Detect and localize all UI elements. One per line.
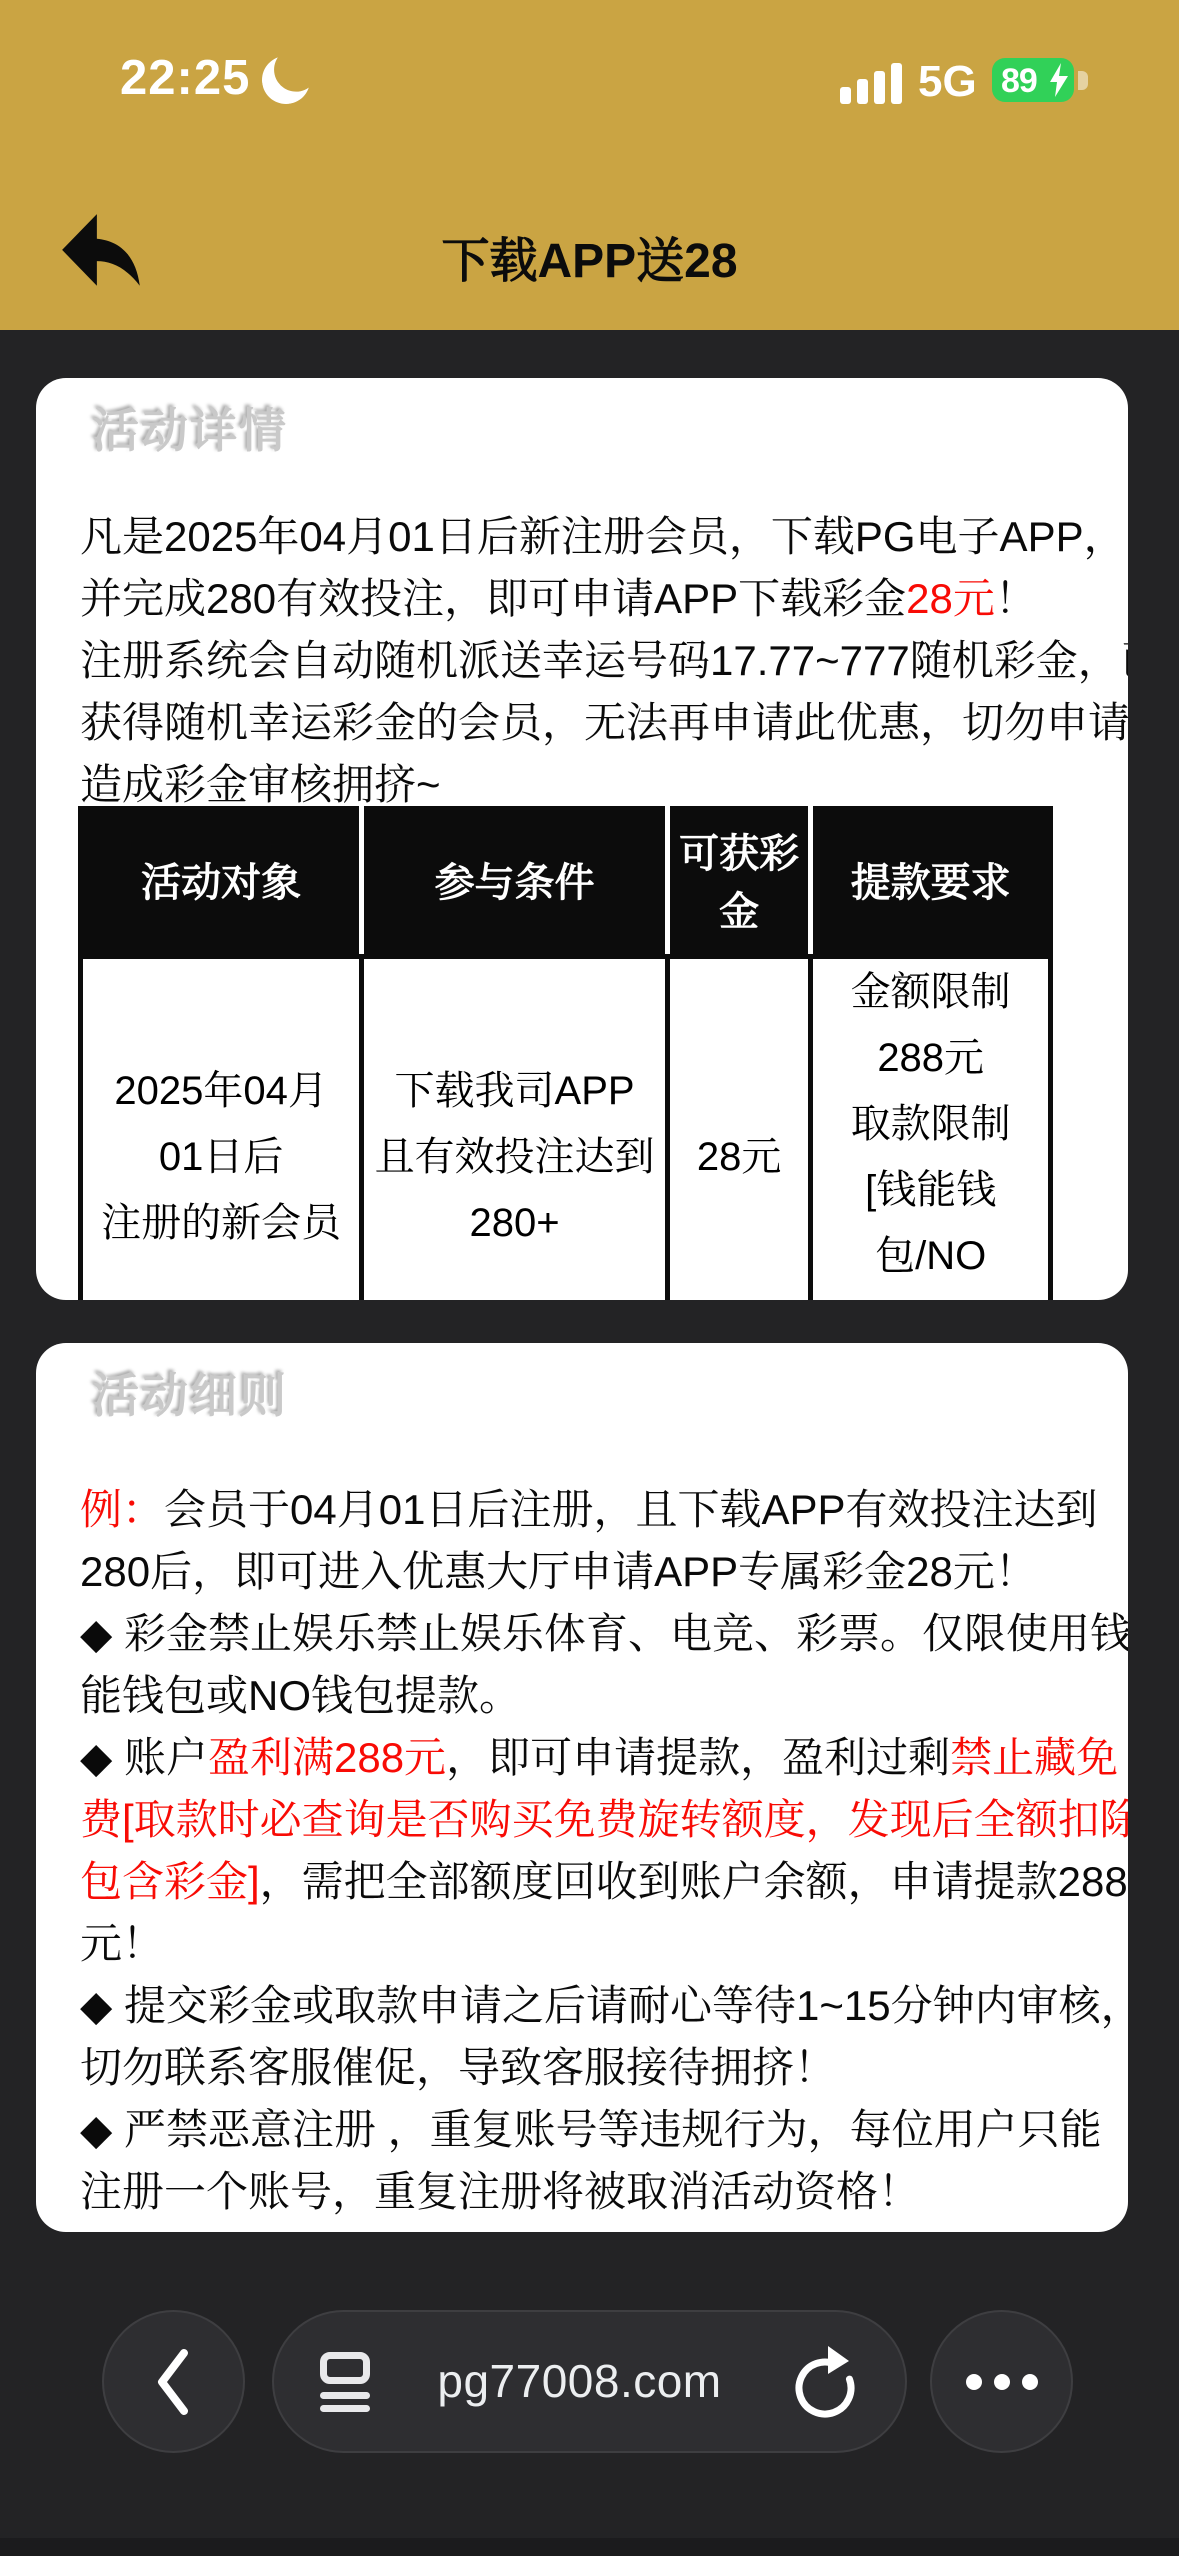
table-header-cell: 可获彩金 <box>667 809 811 957</box>
text-segment: ，即可申请提款，盈利过剩 <box>446 1734 950 1781</box>
gold-header: 22:25 5G 89 下载APP送28 <box>0 0 1179 330</box>
text-line: 凡是2025年04月01日后新注册会员，下载PG电子APP， <box>80 506 1100 568</box>
table-cell: 28元 <box>667 957 811 1301</box>
text-line: 注册一个账号，重复注册将被取消活动资格！ <box>80 2161 1100 2223</box>
text-segment: 280后，即可进入优惠大厅申请APP专属彩金28元！ <box>80 1548 1037 1595</box>
browser-more-button[interactable] <box>930 2310 1073 2453</box>
text-line: 切勿联系客服催促，导致客服接待拥挤！ <box>80 2037 1100 2099</box>
cellular-signal-icon <box>840 60 906 106</box>
table-header-row: 活动对象 参与条件 可获彩金 提款要求 <box>81 809 1051 957</box>
text-segment: ，需把全部额度回收到账户余额，申请提款288 <box>260 1858 1128 1905</box>
reload-icon[interactable] <box>785 2342 865 2422</box>
promo-details-text: 凡是2025年04月01日后新注册会员，下载PG电子APP，并完成280有效投注… <box>80 506 1100 816</box>
text-line: 包含彩金]，需把全部额度回收到账户余额，申请提款288 <box>80 1851 1100 1913</box>
text-line: ◆ 严禁恶意注册 ，重复账号等违规行为，每位用户只能 <box>80 2099 1100 2161</box>
card-title: 活动细则 <box>92 1359 288 1426</box>
ellipsis-icon <box>966 2374 1038 2390</box>
text-line: 费[取款时必查询是否购买免费旋转额度，发现后全额扣除 <box>80 1789 1100 1851</box>
text-line: ◆ 提交彩金或取款申请之后请耐心等待1~15分钟内审核， <box>80 1975 1100 2037</box>
battery-charging-icon: 89 <box>992 58 1074 102</box>
text-segment: 费[取款时必查询是否购买免费旋转额度，发现后全额扣除 <box>80 1796 1128 1843</box>
chevron-left-icon <box>144 2337 204 2427</box>
promo-table: 活动对象 参与条件 可获彩金 提款要求 2025年04月 01日后 注册的新会员… <box>78 806 1053 1300</box>
text-segment: 禁止藏免 <box>950 1734 1118 1781</box>
text-segment: 注册系统会自动随机派送幸运号码17.77~777随机彩金，已 <box>80 637 1128 684</box>
page-title: 下载APP送28 <box>0 222 1179 291</box>
text-segment: 获得随机幸运彩金的会员，无法再申请此优惠，切勿申请 <box>80 699 1128 746</box>
text-segment: 注册一个账号，重复注册将被取消活动资格！ <box>80 2168 920 2215</box>
text-segment: ！ <box>995 575 1037 622</box>
text-segment: ◆ 账户 <box>80 1734 208 1781</box>
network-type-label: 5G <box>918 57 977 107</box>
text-segment: 包含彩金] <box>80 1858 260 1905</box>
card-title: 活动详情 <box>92 394 288 461</box>
text-segment: 能钱包或NO钱包提款。 <box>80 1672 521 1719</box>
charging-bolt-icon <box>1048 63 1070 97</box>
text-segment: 28元 <box>906 575 995 622</box>
bottom-strip <box>0 2538 1179 2556</box>
battery-percent: 89 <box>1001 62 1037 101</box>
text-segment: 凡是2025年04月01日后新注册会员，下载PG电子APP， <box>80 513 1126 560</box>
table-cell: 金额限制 288元 取款限制 [钱能钱包/NO 钱包] <box>811 957 1051 1301</box>
text-segment: 切勿联系客服催促，导致客服接待拥挤！ <box>80 2044 836 2091</box>
text-segment: 盈利满288元 <box>208 1734 446 1781</box>
text-line: 获得随机幸运彩金的会员，无法再申请此优惠，切勿申请 <box>80 692 1100 754</box>
text-line: 280后，即可进入优惠大厅申请APP专属彩金28元！ <box>80 1541 1100 1603</box>
battery-cap <box>1078 71 1088 90</box>
text-line: ◆ 账户盈利满288元，即可申请提款，盈利过剩禁止藏免 <box>80 1727 1100 1789</box>
text-line: 元！ <box>80 1913 1100 1975</box>
text-line: ◆ 彩金禁止娱乐禁止娱乐体育、电竞、彩票。仅限使用钱 <box>80 1603 1100 1665</box>
crescent-moon-icon <box>258 52 315 109</box>
url-text[interactable]: pg77008.com <box>384 2312 775 2451</box>
text-segment: ◆ 严禁恶意注册 ，重复账号等违规行为，每位用户只能 <box>80 2106 1102 2153</box>
text-segment: ◆ 彩金禁止娱乐禁止娱乐体育、电竞、彩票。仅限使用钱 <box>80 1610 1128 1657</box>
table-header-cell: 活动对象 <box>81 809 362 957</box>
promo-details-card: 活动详情 凡是2025年04月01日后新注册会员，下载PG电子APP，并完成28… <box>36 378 1128 1300</box>
browser-back-button[interactable] <box>102 2310 245 2453</box>
text-line: 注册系统会自动随机派送幸运号码17.77~777随机彩金，已 <box>80 630 1100 692</box>
status-time: 22:25 <box>120 50 250 106</box>
address-bar[interactable]: pg77008.com <box>272 2310 907 2453</box>
table-header-cell: 参与条件 <box>362 809 668 957</box>
text-segment: 元！ <box>80 1920 164 1967</box>
table-row: 2025年04月 01日后 注册的新会员 下载我司APP 且有效投注达到 280… <box>81 957 1051 1301</box>
text-segment: 并完成280有效投注，即可申请APP下载彩金 <box>80 575 906 622</box>
text-segment: 例： <box>80 1486 164 1533</box>
reader-view-icon[interactable] <box>320 2352 370 2412</box>
table-cell: 2025年04月 01日后 注册的新会员 <box>81 957 362 1301</box>
text-segment: 会员于04月01日后注册，且下载APP有效投注达到 <box>164 1486 1097 1533</box>
text-line: 例：会员于04月01日后注册，且下载APP有效投注达到 <box>80 1479 1100 1541</box>
promo-rules-text: 例：会员于04月01日后注册，且下载APP有效投注达到280后，即可进入优惠大厅… <box>80 1479 1100 2223</box>
table-cell: 下载我司APP 且有效投注达到 280+ <box>362 957 668 1301</box>
text-line: 并完成280有效投注，即可申请APP下载彩金28元！ <box>80 568 1100 630</box>
promo-rules-card: 活动细则 例：会员于04月01日后注册，且下载APP有效投注达到280后，即可进… <box>36 1343 1128 2232</box>
text-line: 能钱包或NO钱包提款。 <box>80 1665 1100 1727</box>
text-segment: 造成彩金审核拥挤~ <box>80 761 441 808</box>
table-header-cell: 提款要求 <box>811 809 1051 957</box>
screen: 22:25 5G 89 下载APP送28 活动详情 凡是2025年04月01日后… <box>0 0 1179 2556</box>
text-segment: ◆ 提交彩金或取款申请之后请耐心等待1~15分钟内审核， <box>80 1982 1128 2029</box>
